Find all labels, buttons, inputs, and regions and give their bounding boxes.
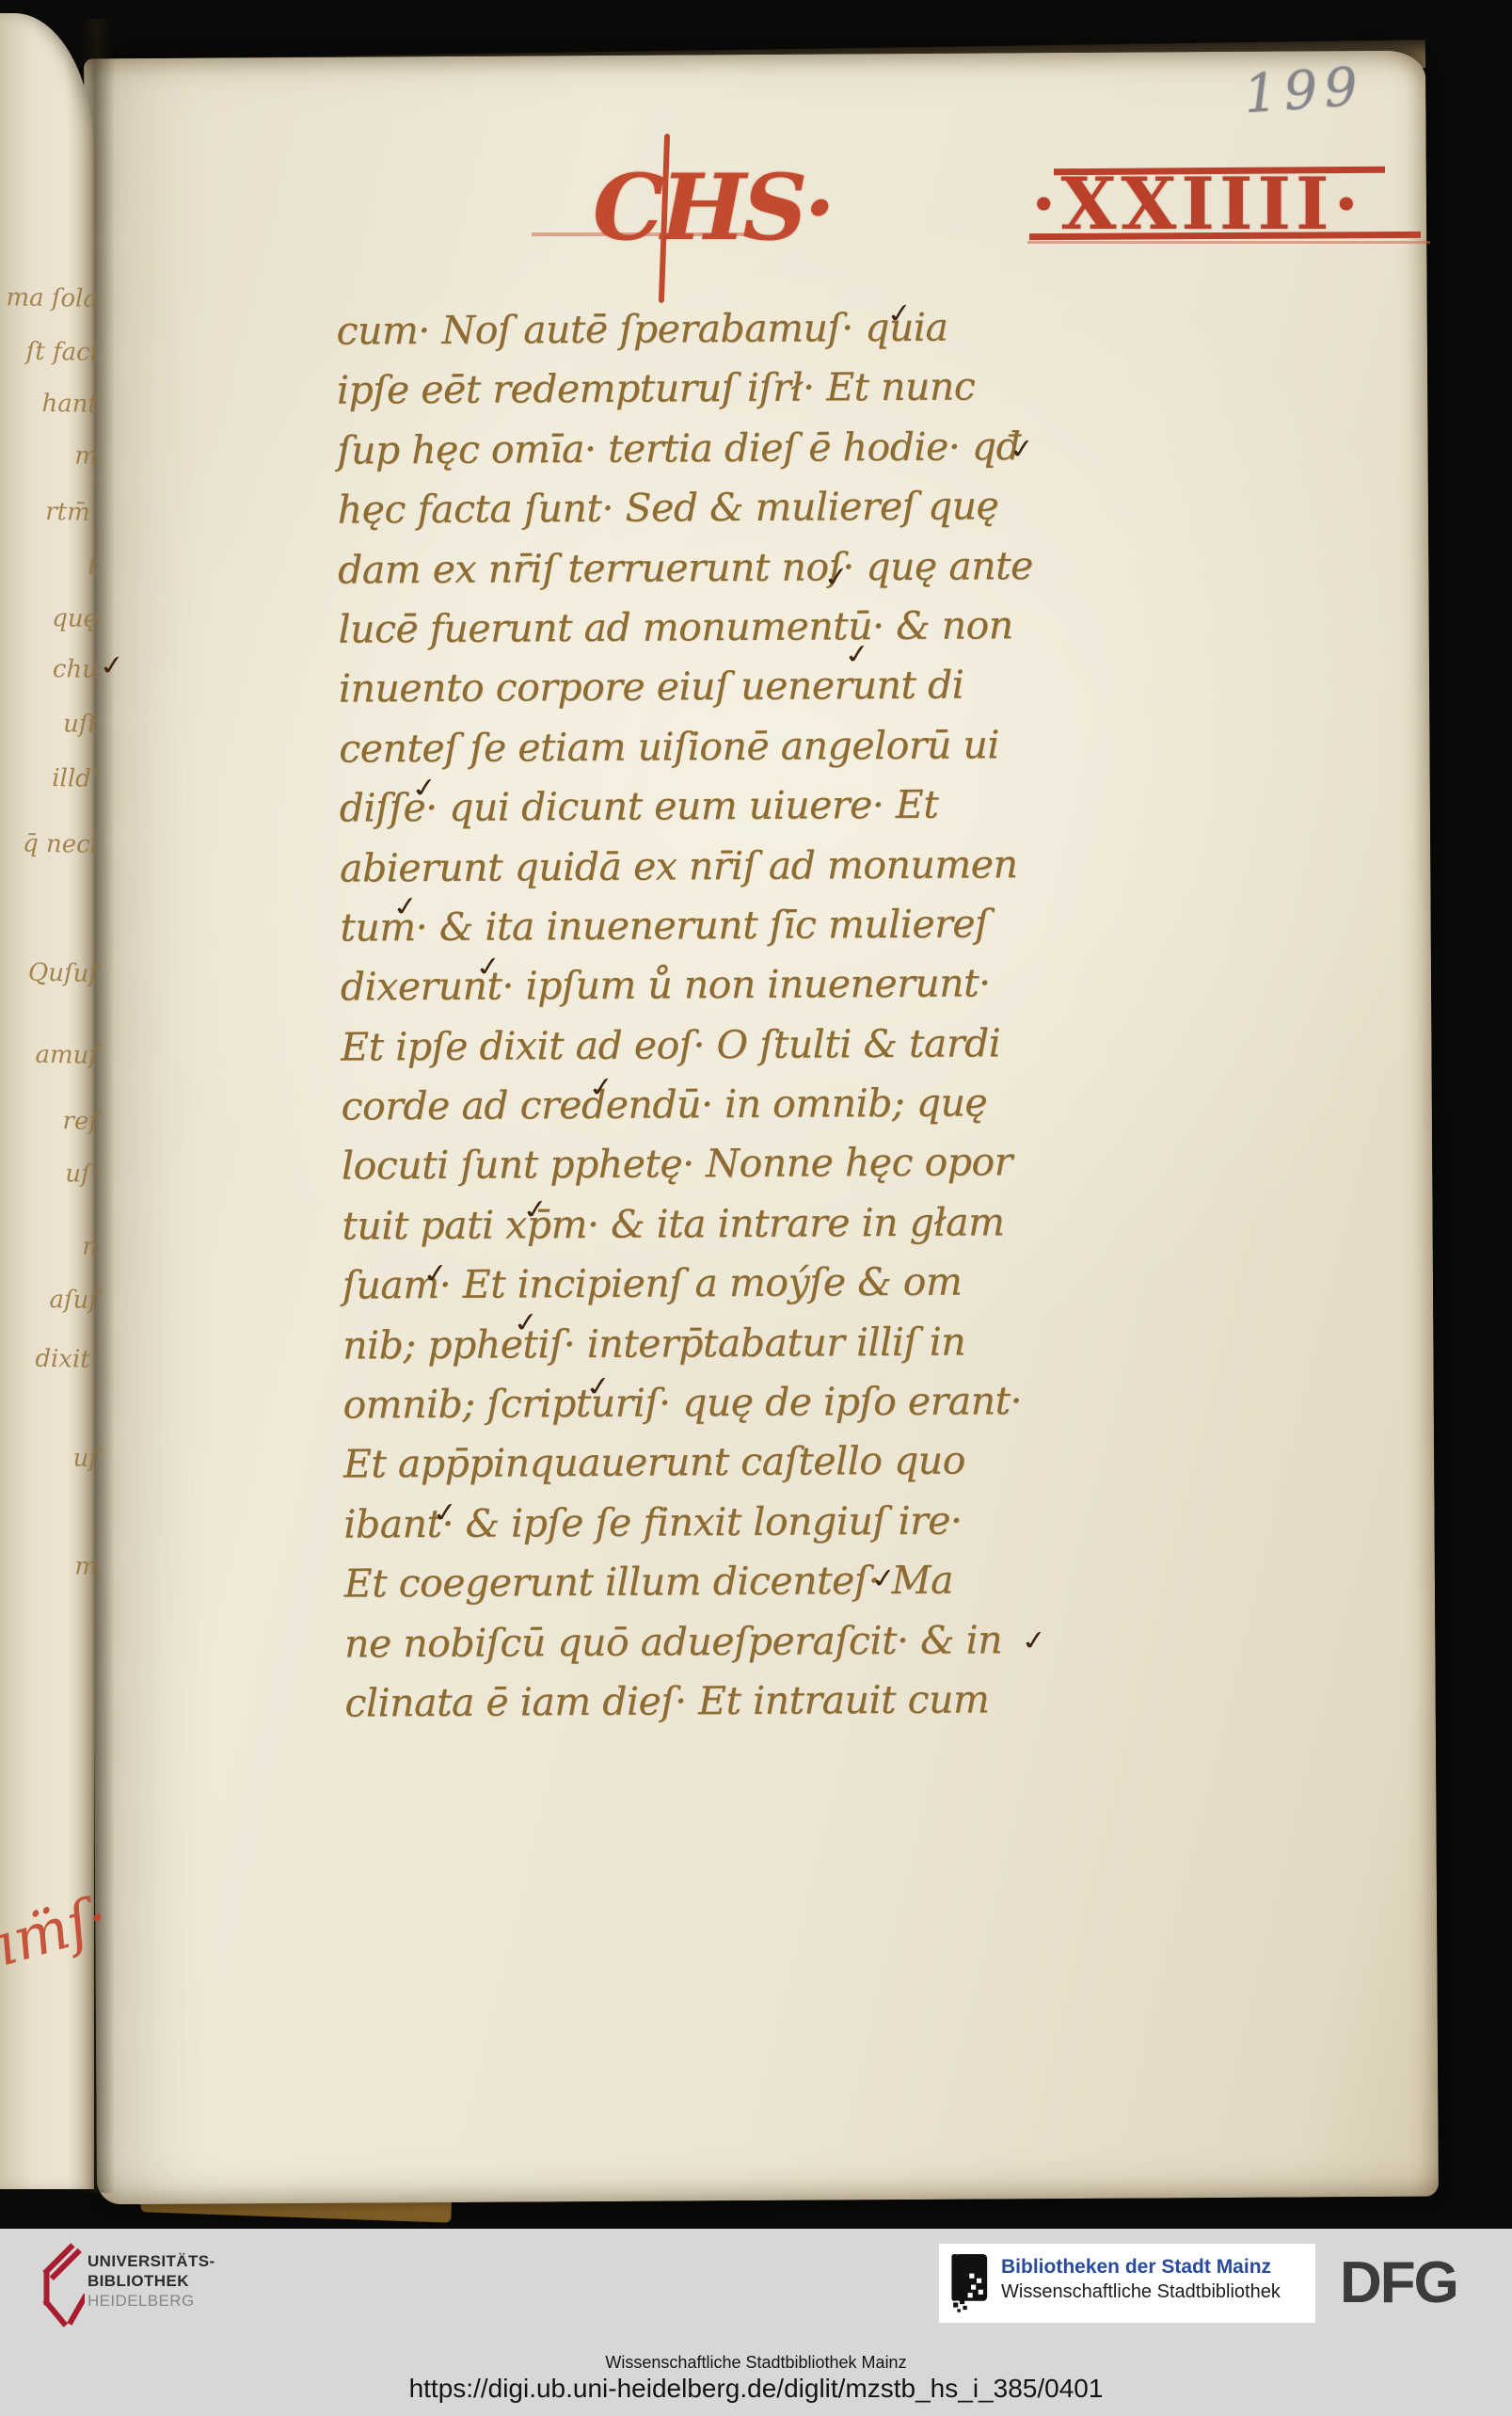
corrector-mark: ✓ [842, 638, 873, 671]
manuscript-line: clinata ē iam dieſ· Et intrauit cum [344, 1669, 1125, 1733]
manuscript-line: ibant· & ipſe ſe finxit longiuſ ire· [343, 1490, 1124, 1554]
edge-text-fragment: n [0, 1231, 98, 1261]
corrector-mark: ✓ [511, 1306, 542, 1339]
edge-text-fragment: illd' [0, 763, 98, 793]
edge-text-fragment: q̄ neci [0, 829, 98, 859]
corrector-mark: ✓ [1007, 433, 1038, 466]
edge-text-fragment: m [0, 440, 98, 471]
manuscript-line: ne nobiſcū quō adueſperaſcit· & in [344, 1609, 1125, 1673]
manuscript-line: Et app̄pinquauerunt caſtello quo [343, 1431, 1124, 1495]
footer-bar: UNIVERSITÄTS- BIBLIOTHEK HEIDELBERG [0, 2229, 1512, 2416]
corrector-mark: ✓ [868, 1562, 899, 1595]
edge-text-fragment: hant [0, 389, 98, 419]
ub-heidelberg-line1: UNIVERSITÄTS- [88, 2251, 215, 2271]
corrector-mark: ✓ [884, 297, 915, 330]
dfg-logo: DFG [1340, 2249, 1457, 2316]
manuscript-line: corde ad credendū· in omnib; quę [341, 1073, 1122, 1137]
corrector-mark: ✓ [390, 890, 422, 923]
edge-text-fragment: chu [0, 654, 98, 684]
edge-text-fragment: t [0, 551, 98, 581]
mainz-logo-line1: Bibliotheken der Stadt Mainz [1001, 2254, 1281, 2280]
scan-photo: ma ſolaſt facihantmrtm̄·tquęchuuſtilld'q… [0, 0, 1512, 2416]
footer-url: https://digi.ub.uni-heidelberg.de/diglit… [0, 2374, 1512, 2404]
manuscript-line: ipſe eēt redempturuſ iſrł· Et nunc [337, 357, 1118, 421]
manuscript-line: locuti ſunt pphetę· Nonne hęc opor [342, 1132, 1122, 1196]
edge-text-fragment: dixit· [0, 1344, 98, 1374]
corrector-mark: ✓ [821, 561, 852, 594]
manuscript-line: nib; pphetiſ· interp̄tabatur illiſ in [342, 1311, 1123, 1375]
mainz-logo-line2: Wissenschaftliche Stadtbibliothek [1001, 2280, 1281, 2305]
edge-text-fragment: uſ· [0, 1159, 98, 1189]
manuscript-line: hęc facta ſunt· Sed & muliereſ quę [338, 476, 1119, 540]
edge-text-fragment: rtm̄· [0, 497, 98, 527]
manuscript-line: lucē fuerunt ad monumentū· & non [338, 595, 1119, 659]
edge-text-fragment: ſt faci [0, 337, 98, 367]
corrector-mark: ✓ [473, 951, 504, 984]
edge-text-fragment: Quſuſ [0, 958, 98, 988]
ub-heidelberg-logo-icon [41, 2241, 85, 2334]
ub-heidelberg-logo-text: UNIVERSITÄTS- BIBLIOTHEK HEIDELBERG [88, 2251, 215, 2311]
corrector-mark: ✓ [520, 1193, 551, 1226]
ub-heidelberg-line3: HEIDELBERG [88, 2291, 215, 2311]
edge-text-fragment: uſt [0, 709, 98, 739]
manuscript-line: Et ipſe dixit ad eoſ· O ſtulti & tardi [341, 1013, 1122, 1077]
mainz-library-logo-card: Bibliotheken der Stadt Mainz Wissenschaf… [939, 2244, 1315, 2323]
corrector-mark: ✓ [586, 1071, 617, 1104]
pencil-folio-number: 199 [1242, 56, 1366, 126]
manuscript-line: centeſ ſe etiam uiſionē angelorū ui [339, 714, 1120, 778]
edge-text-fragment: reſ [0, 1106, 98, 1136]
rubric-monogram: CHS· [593, 154, 832, 261]
manuscript-line: diſſe· qui dicunt eum uiuere· Et [339, 775, 1120, 839]
edge-text-fragment: uſ [0, 1443, 98, 1473]
manuscript-line: tum· & ita inuenerunt ſīc muliereſ [340, 893, 1121, 957]
edge-text-fragment: ma ſola [0, 283, 98, 313]
manuscript-line: omnib; ſcripturiſ· quę de ipſo erant· [342, 1370, 1123, 1434]
corrector-mark: ✓ [97, 649, 128, 682]
mainz-logo-text: Bibliotheken der Stadt Mainz Wissenschaf… [1001, 2254, 1281, 2305]
manuscript-line: ſuam· Et incipienſ a moýſe & om [342, 1252, 1123, 1316]
edge-text-fragment: amuſ [0, 1040, 98, 1070]
manuscript-line: inuento corpore eiuſ uenerunt di [339, 655, 1120, 719]
prev-page-edge: ma ſolaſt facihantmrtm̄·tquęchuuſtilld'q… [0, 13, 94, 2189]
footer-caption: Wissenschaftliche Stadtbibliothek Mainz [0, 2353, 1512, 2373]
manuscript-line: dixerunt· ipſum ů non inuenerunt· [341, 953, 1122, 1017]
manuscript-line: abierunt quidā ex nr̄iſ ad monumen [340, 834, 1121, 898]
manuscript-line: tuit pati xp̄m· & ita intrare in głam [342, 1192, 1122, 1256]
manuscript-line: dam ex nr̄iſ terruerunt noſ· quę ante [338, 536, 1119, 600]
manuscript-line: cum· Noſ autē ſperabamuſ· quia [336, 296, 1117, 360]
edge-text-fragment: aſuſ [0, 1285, 98, 1315]
ub-heidelberg-line2: BIBLIOTHEK [88, 2271, 215, 2291]
corrector-mark: ✓ [583, 1370, 614, 1403]
corrector-mark: ✓ [409, 772, 440, 805]
manuscript-line: Et coegerunt illum dicenteſ· Ma [343, 1550, 1124, 1614]
edge-text-fragment: m [0, 1551, 98, 1581]
corrector-mark: ✓ [1019, 1624, 1050, 1657]
manuscript-line: ſup hęc omīa· tertia dieſ ē hodie· qđ [337, 416, 1118, 480]
mainz-book-icon [948, 2252, 994, 2317]
edge-text-fragment: quę [0, 603, 98, 633]
corrector-mark: ✓ [430, 1496, 461, 1529]
corrector-mark: ✓ [421, 1257, 452, 1290]
